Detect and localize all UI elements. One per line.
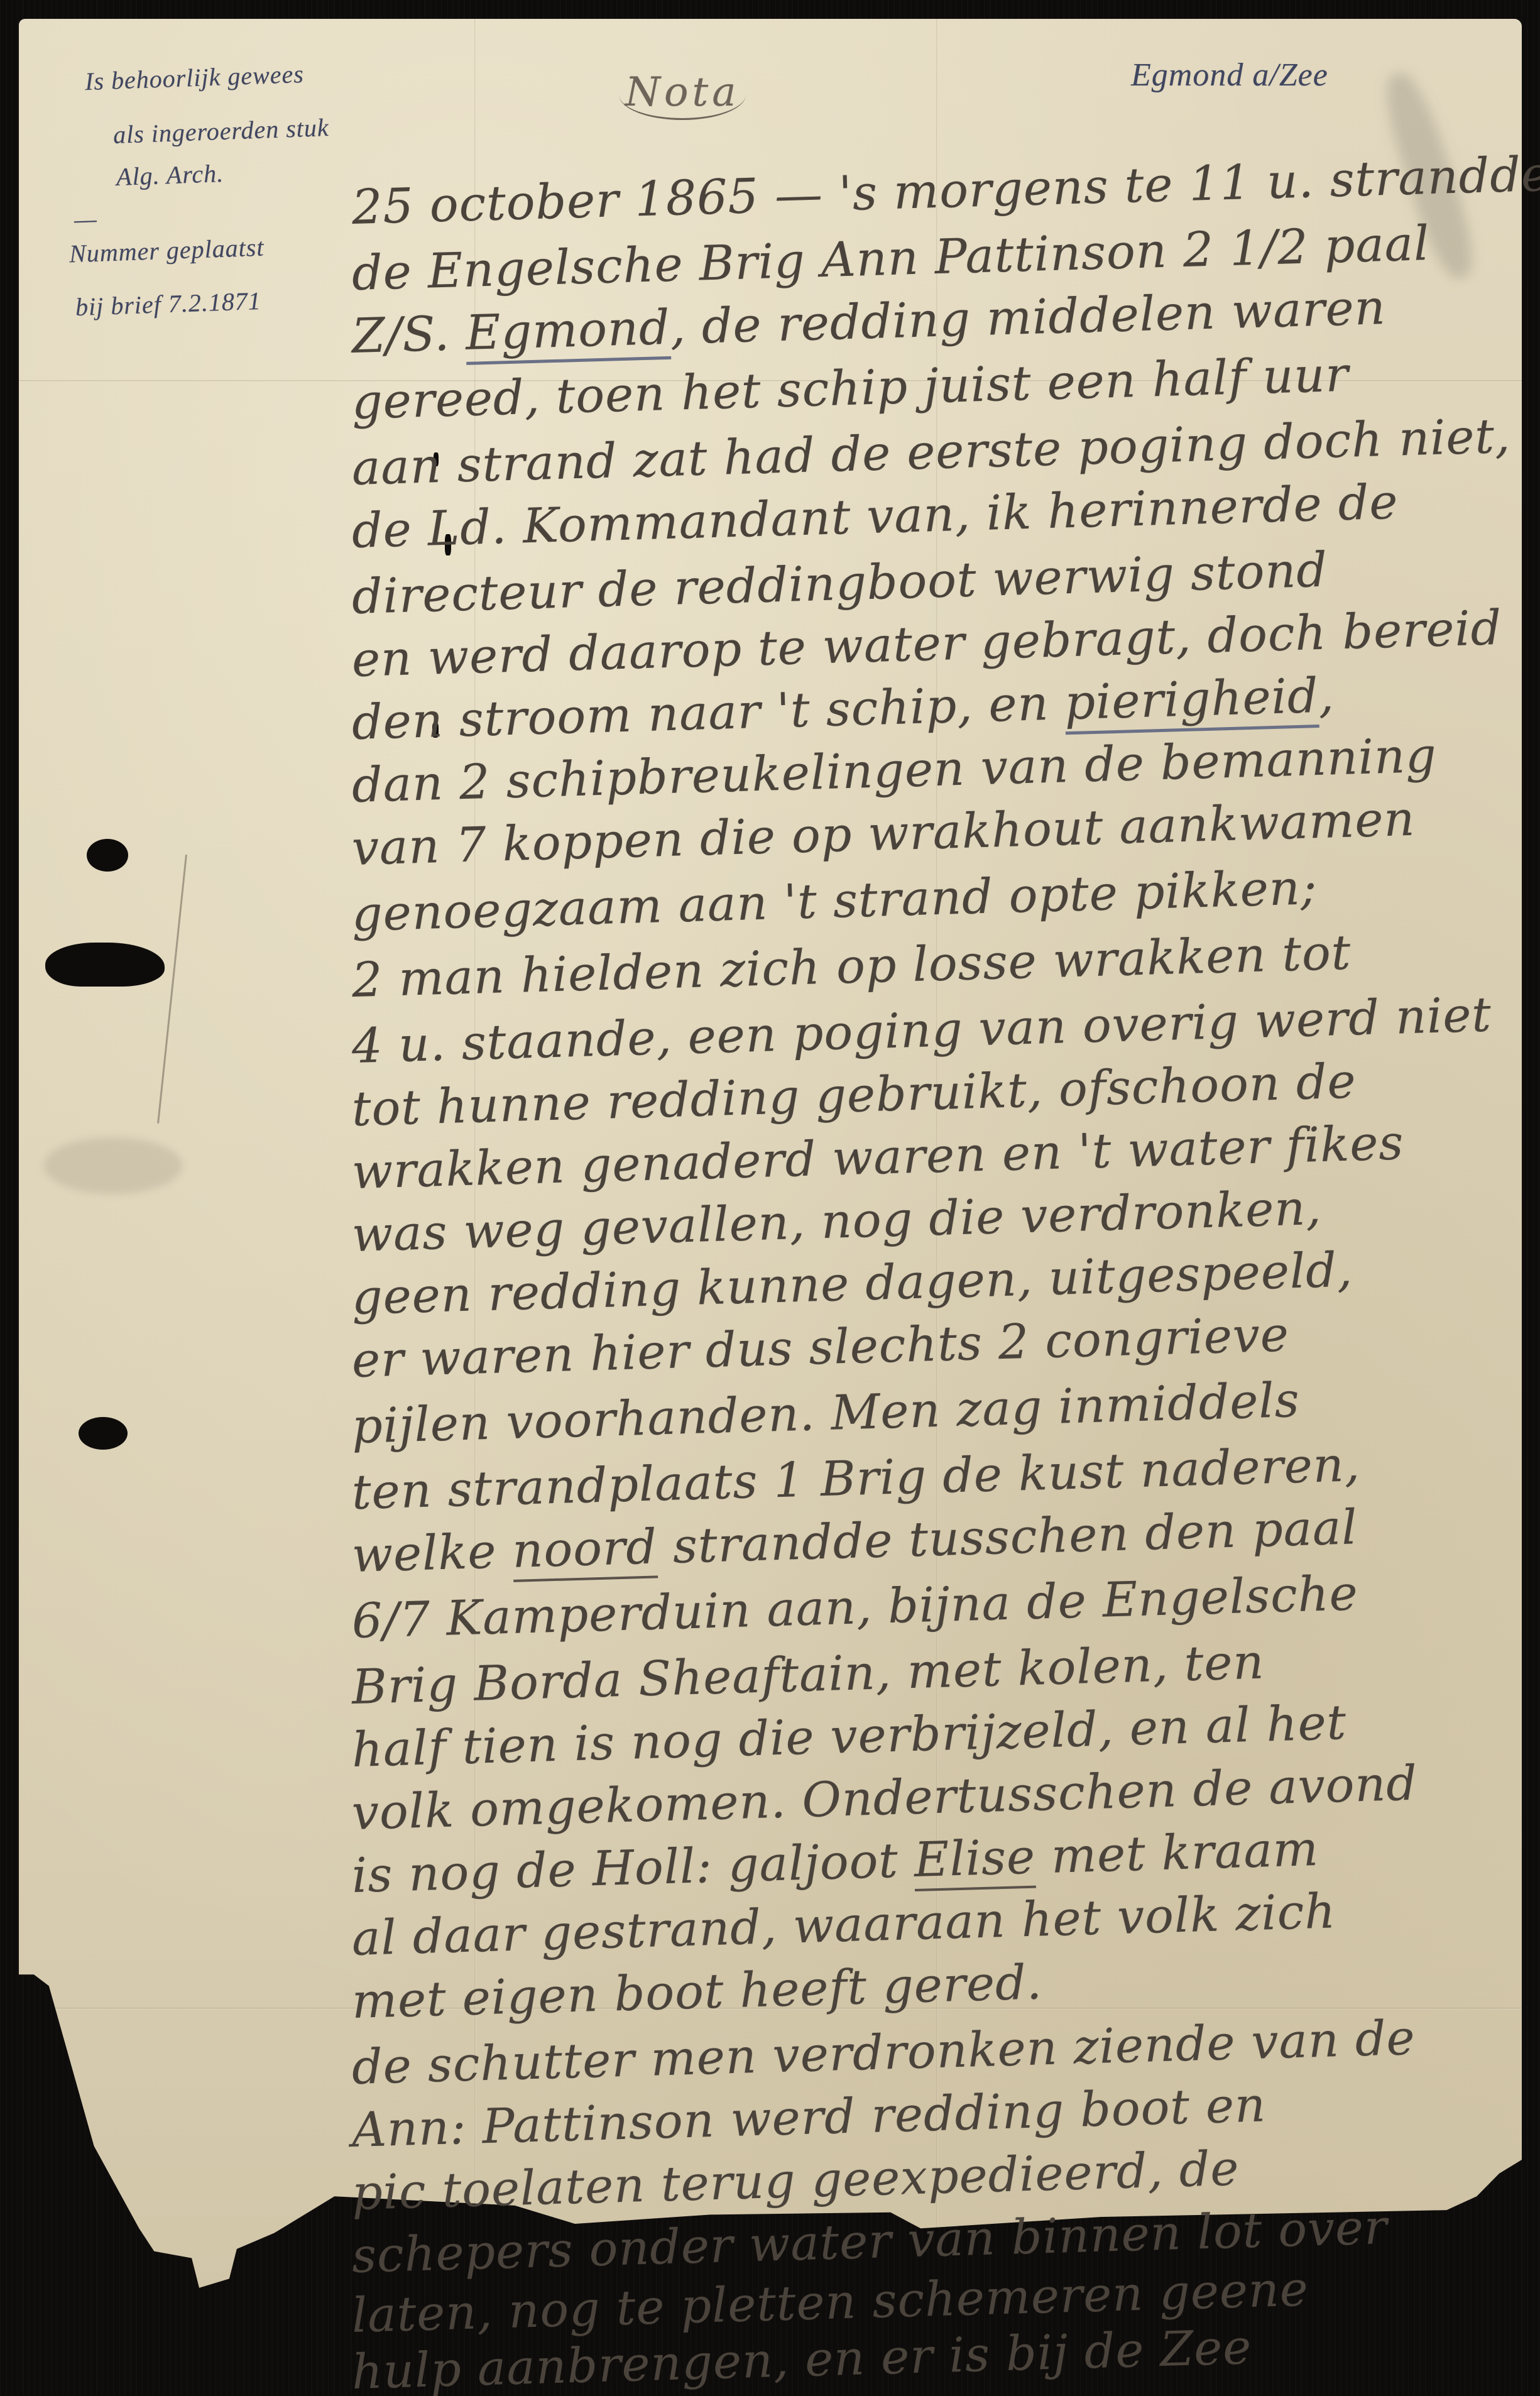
- binding-hole-top: [87, 839, 128, 872]
- margin-note-line: Alg. Arch.: [116, 158, 224, 192]
- underlined-word: noord: [511, 1518, 658, 1582]
- binding-tear-middle: [45, 943, 165, 987]
- water-stain: [44, 1137, 182, 1194]
- underlined-word: pierigheid: [1064, 667, 1319, 735]
- paper-crack: [157, 855, 187, 1124]
- page-heading: Nota: [619, 69, 746, 120]
- underlined-place-egmond: Egmond: [465, 299, 671, 365]
- margin-note-dash: —: [74, 204, 97, 234]
- body-text: Z/S.: [351, 305, 467, 364]
- heading-title: Nota: [619, 69, 746, 120]
- place-note: Egmond a/Zee: [1131, 57, 1328, 94]
- underlined-ship-name: Elise: [914, 1829, 1037, 1891]
- binding-hole-bottom: [79, 1417, 128, 1450]
